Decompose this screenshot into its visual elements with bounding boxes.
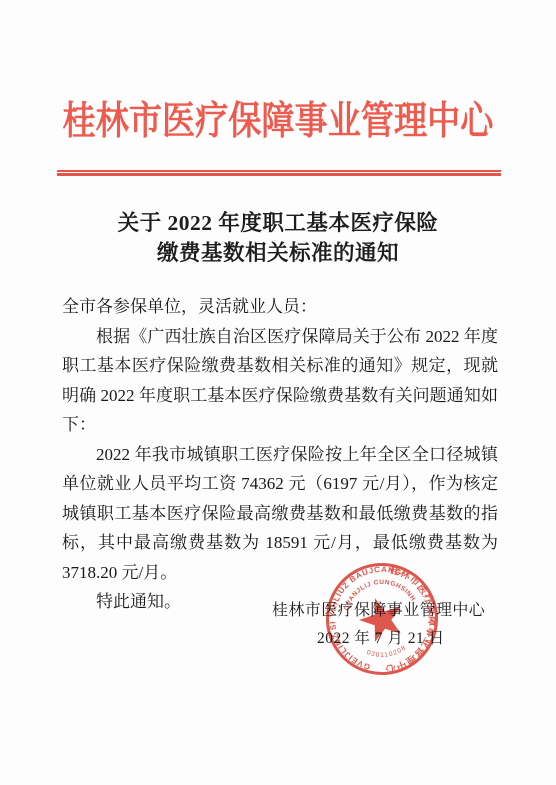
seal-star-icon — [356, 595, 405, 644]
paragraph-basis: 根据《广西壮族自治区医疗保障局关于公布 2022 年度职工基本医疗保险缴费基数相… — [62, 322, 498, 440]
salutation: 全市各参保单位，灵活就业人员： — [62, 292, 498, 322]
official-seal: GVEIJLINZ SI YIHLIUZ BAUJCANG 桂林市医疗保障事业管… — [309, 546, 456, 693]
doc-title: 关于 2022 年度职工基本医疗保险 缴费基数相关标准的通知 — [0, 208, 556, 268]
letterhead-org-name: 桂林市医疗保障事业管理中心 — [42, 90, 515, 146]
document-page: 桂林市医疗保障事业管理中心 关于 2022 年度职工基本医疗保险 缴费基数相关标… — [0, 0, 556, 785]
doc-title-line1: 关于 2022 年度职工基本医疗保险 — [0, 208, 556, 238]
doc-title-line2: 缴费基数相关标准的通知 — [0, 238, 556, 268]
letterhead-divider — [57, 170, 501, 176]
